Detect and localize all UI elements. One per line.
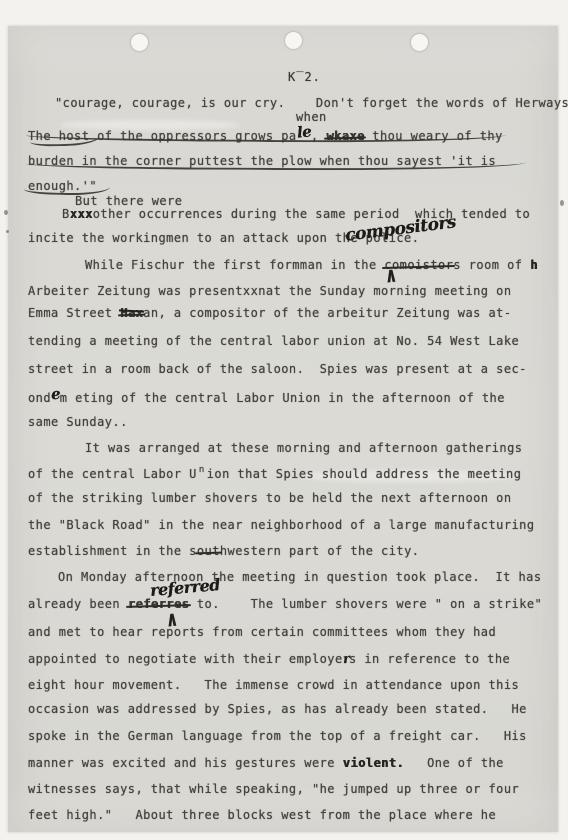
typed-line: Arbeiter Zeitung was presentxxnat the Su…	[28, 284, 512, 298]
typed-line: tending a meeting of the central labor u…	[28, 334, 519, 348]
typed-segment: One of the	[404, 756, 504, 770]
typed-line: of the striking lumber shovers to be hel…	[28, 491, 512, 505]
scribbled-word: Hax	[120, 306, 143, 320]
typed-line: appointed to negotiate with their employ…	[28, 652, 510, 667]
typed-segment: an, a compositor of the arbeitur Zeitung…	[143, 306, 511, 320]
typed-segment: While Fischur the first formman in the	[85, 258, 384, 272]
typed-line: spoke in the German language from the to…	[28, 729, 527, 743]
typed-line: occasion was addressed by Spies, as has …	[28, 702, 527, 716]
typed-segment: to. The lumber shovers were " on a strik…	[189, 597, 542, 611]
typed-line: and met to hear reports from certain com…	[28, 625, 496, 639]
struck-letters: out	[197, 544, 220, 558]
typed-line: the "Black Road" in the near neighborhoo…	[28, 518, 535, 532]
typed-line: It was arranged at these morning and aft…	[85, 441, 522, 455]
scanned-page-canvas: K‾2. "courage, courage, is our cry. Don'…	[0, 0, 568, 840]
punch-hole	[131, 34, 148, 51]
edge-speck	[560, 200, 564, 206]
overstrike-xxx: xxx	[70, 207, 93, 221]
typed-line: On Monday afternoon the meeting in quest…	[58, 570, 542, 584]
edge-speck	[4, 210, 8, 215]
superscript-n: n	[199, 465, 205, 475]
punch-hole	[285, 32, 302, 49]
punch-hole	[411, 34, 428, 51]
typed-line: establishment in the southwestern part o…	[28, 544, 419, 558]
typed-segment: B	[62, 207, 70, 221]
overstrike-letter: h	[530, 258, 538, 272]
typed-line: manner was excited and his gestures were…	[28, 756, 504, 770]
struck-word: referres	[128, 597, 189, 611]
typed-line: already been referres to. The lumber sho…	[28, 597, 542, 611]
typed-line: street in a room back of the saloon. Spi…	[28, 362, 527, 376]
edge-speck	[6, 230, 9, 233]
typed-line: ond em eting of the central Labor Union …	[28, 388, 505, 406]
typed-segment: s in reference to the	[349, 652, 510, 666]
typed-segment: other occurrences during the same period…	[93, 207, 530, 221]
typed-segment: hwestern part of the city.	[220, 544, 420, 558]
typed-line: eight hour movement. The immense crowd i…	[28, 678, 519, 692]
typed-segment: establishment in the s	[28, 544, 197, 558]
typed-segment: m eting of the central Labor Union in th…	[60, 391, 505, 405]
typed-line: witnesses says, that while speaking, "he…	[28, 782, 519, 796]
typed-line: But there were	[75, 194, 182, 208]
handwritten-r-fix: r	[342, 652, 350, 667]
typed-line: feet high." About three blocks west from…	[28, 808, 496, 822]
typed-segment: of the central Labor U	[28, 467, 197, 481]
overstrike-word: violent.	[343, 756, 404, 770]
typed-segment: already been	[28, 597, 128, 611]
handwritten-e-fix: e	[50, 385, 61, 404]
page-number: K‾2.	[288, 70, 321, 84]
typed-segment: ion that Spies should address the meetin…	[207, 467, 522, 481]
typed-line: "courage, courage, is our cry. Don't for…	[55, 96, 568, 110]
typed-line: Emma Street Haxan, a compositor of the a…	[28, 306, 512, 320]
typed-segment: Emma Street	[28, 306, 120, 320]
typed-line: While Fischur the first formman in the c…	[85, 258, 538, 272]
typed-line: of the central Labor Union that Spies sh…	[28, 467, 521, 481]
typed-segment: appointed to negotiate with their employ…	[28, 652, 343, 666]
typed-line: Bxxxother occurrences during the same pe…	[62, 207, 530, 221]
typed-segment: s room of	[453, 258, 530, 272]
typed-insert-when: when	[296, 110, 327, 124]
typed-segment: manner was excited and his gestures were	[28, 756, 343, 770]
typed-line: same Sunday..	[28, 415, 128, 429]
